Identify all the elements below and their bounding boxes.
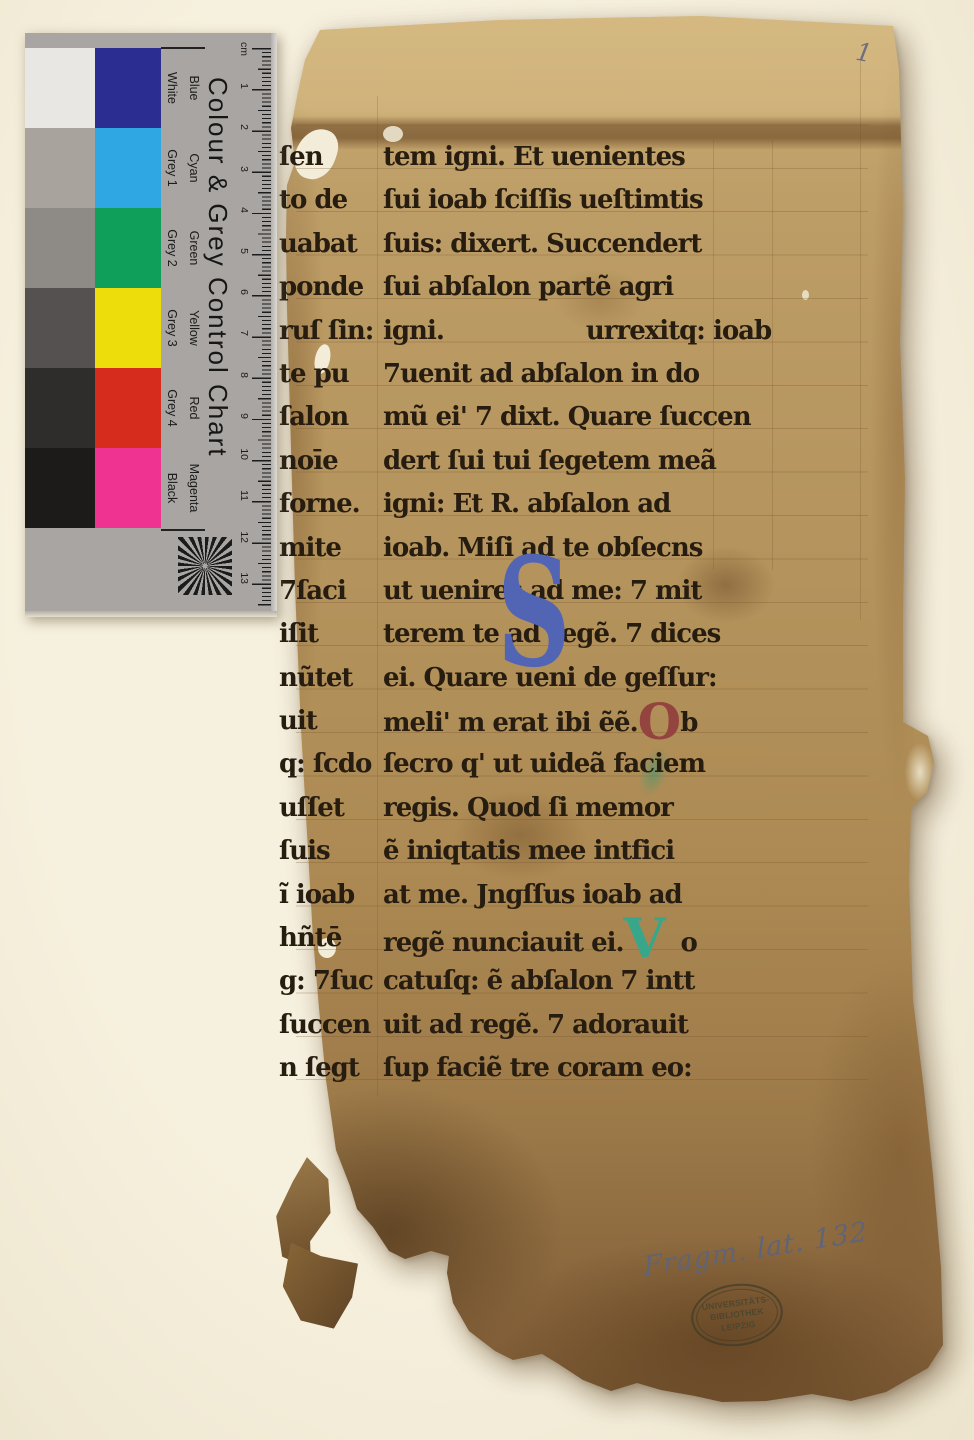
chart-title: Colour & Grey Control Chart bbox=[202, 77, 233, 547]
manuscript-line: regẽ nunciauit ei.Vo bbox=[383, 917, 723, 960]
manuscript-line: ſuis: dixert. Succendert bbox=[383, 223, 723, 266]
patch-label: Grey 3 bbox=[165, 288, 179, 368]
manuscript-line: uit bbox=[279, 700, 389, 743]
ruler-number: 9 bbox=[238, 403, 250, 419]
colour-control-chart: cm 1 2 3 4 5 6 7 8 9 10 11 12 13 Colour … bbox=[25, 33, 277, 617]
manuscript-line: meli' m erat ibi ẽẽ.Ob bbox=[383, 700, 723, 743]
patch-label: Yellow bbox=[187, 288, 201, 368]
manuscript-line: ruſ ſin: bbox=[279, 310, 389, 353]
manuscript-line: iſit bbox=[279, 613, 389, 656]
manuscript-line: uit ad regẽ. 7 adorauit bbox=[383, 1004, 723, 1047]
colour-patch-row bbox=[95, 48, 161, 528]
grey-patch-row bbox=[25, 48, 95, 528]
ruler-number: 6 bbox=[238, 279, 250, 295]
parchment-spot bbox=[802, 290, 809, 300]
stamp-line: UNIVERSITÄTS- bbox=[701, 1294, 770, 1313]
ruler-number: 3 bbox=[238, 156, 250, 172]
manuscript-line: catuſq: ẽ abſalon 7 intt bbox=[383, 960, 723, 1003]
patch-grey-2 bbox=[25, 208, 95, 288]
column-guide-line bbox=[860, 60, 861, 620]
manuscript-line: 7ſaci bbox=[279, 570, 389, 613]
patch-label: Green bbox=[187, 208, 201, 288]
red-initial-O: O bbox=[638, 692, 681, 751]
manuscript-line: to de bbox=[279, 179, 389, 222]
manuscript-line: ĩ ioab bbox=[279, 874, 389, 917]
patch-grey-1 bbox=[25, 128, 95, 208]
ruler-number: 13 bbox=[238, 568, 250, 584]
patch-label: Grey 2 bbox=[165, 208, 179, 288]
patch-label: White bbox=[165, 48, 179, 128]
patch-red bbox=[95, 368, 161, 448]
ruler-number: 11 bbox=[238, 485, 250, 501]
stamp-line: BIBLIOTHEK bbox=[710, 1306, 765, 1324]
blue-initial-S: S bbox=[497, 538, 571, 688]
manuscript-line: 7uenit ad abſalon in do bbox=[383, 353, 723, 396]
chart-card-edge bbox=[25, 611, 277, 617]
patch-label: Grey 4 bbox=[165, 368, 179, 448]
starburst-focus-target bbox=[178, 537, 232, 595]
manuscript-line: ſalon bbox=[279, 396, 389, 439]
ruler-unit-label: cm bbox=[238, 42, 250, 56]
ruler-ticks bbox=[251, 48, 271, 608]
patch-white bbox=[25, 48, 95, 128]
manuscript-line: ſui abſalon partẽ agri bbox=[383, 266, 723, 309]
manuscript-line: at me. Jngſſus ioab ad bbox=[383, 874, 723, 917]
manuscript-line: dert ſui tui ſegetem meã bbox=[383, 440, 723, 483]
manuscript-line: igni.urrexitq: ioab bbox=[383, 310, 723, 353]
patch-label: Grey 1 bbox=[165, 128, 179, 208]
ruler-number: 12 bbox=[238, 527, 250, 543]
ruler-number: 10 bbox=[238, 444, 250, 460]
ruler-mm-ticks bbox=[262, 48, 271, 608]
patch-label: Cyan bbox=[187, 128, 201, 208]
ruler-number: 1 bbox=[238, 73, 250, 89]
manuscript-line: forne. bbox=[279, 483, 389, 526]
patch-black bbox=[25, 448, 95, 528]
photo-stage: ſen to de uabat ponde ruſ ſin: te pu ſal… bbox=[0, 0, 974, 1440]
manuscript-line: ſuccen bbox=[279, 1004, 389, 1047]
patch-grey-4 bbox=[25, 368, 95, 448]
manuscript-line: nũtet bbox=[279, 657, 389, 700]
patch-green bbox=[95, 208, 161, 288]
manuscript-line: n ſegt bbox=[279, 1047, 389, 1090]
stamp-line: LEIPZIG bbox=[721, 1318, 757, 1333]
manuscript-line: q: ſcdo bbox=[279, 743, 389, 786]
chart-card: cm 1 2 3 4 5 6 7 8 9 10 11 12 13 Colour … bbox=[25, 33, 277, 617]
patch-grey-3 bbox=[25, 288, 95, 368]
chart-card-edge bbox=[271, 33, 277, 617]
manuscript-line: noīe bbox=[279, 440, 389, 483]
ruler-number: 2 bbox=[238, 114, 250, 130]
manuscript-line: uabat bbox=[279, 223, 389, 266]
column-guide-line bbox=[772, 140, 773, 570]
manuscript-line: uſſet bbox=[279, 787, 389, 830]
manuscript-line: te pu bbox=[279, 353, 389, 396]
manuscript-line: ſen bbox=[279, 136, 389, 179]
patch-label: Black bbox=[165, 448, 179, 528]
manuscript-line: g: 7ſuc bbox=[279, 960, 389, 1003]
manuscript-line: ſui ioab ſciſſis ueſtimtis bbox=[383, 179, 723, 222]
patch-label: Blue bbox=[187, 48, 201, 128]
colour-label-row: Blue Cyan Green Yellow Red Magenta bbox=[187, 48, 201, 528]
patch-label: Magenta bbox=[187, 448, 201, 528]
manuscript-line: hñtē bbox=[279, 917, 389, 960]
manuscript-line: igni: Et R. abſalon ad bbox=[383, 483, 723, 526]
manuscript-line: ſuis bbox=[279, 830, 389, 873]
manuscript-column-left: ſen to de uabat ponde ruſ ſin: te pu ſal… bbox=[279, 136, 389, 1091]
manuscript-line: tem igni. Et uenientes bbox=[383, 136, 723, 179]
ruler-numbers: cm 1 2 3 4 5 6 7 8 9 10 11 12 13 bbox=[236, 48, 250, 608]
label-rule bbox=[161, 529, 205, 531]
patch-label: Red bbox=[187, 368, 201, 448]
patch-magenta bbox=[95, 448, 161, 528]
grey-label-row: White Grey 1 Grey 2 Grey 3 Grey 4 Black bbox=[165, 48, 179, 528]
manuscript-line: mũ ei' 7 dixt. Quare ſuccen bbox=[383, 396, 723, 439]
ruler-number: 7 bbox=[238, 320, 250, 336]
ruler-number: 8 bbox=[238, 362, 250, 378]
manuscript-line: ſecro q' ut uideã faciem bbox=[383, 743, 723, 786]
manuscript-line: mite bbox=[279, 527, 389, 570]
manuscript-line: regis. Quod ſi memor bbox=[383, 787, 723, 830]
ruler-number: 5 bbox=[238, 238, 250, 254]
manuscript-line: ẽ iniqtatis mee intfici bbox=[383, 830, 723, 873]
patch-yellow bbox=[95, 288, 161, 368]
manuscript-line: ſup faciẽ tre coram eo: bbox=[383, 1047, 723, 1090]
patch-blue bbox=[95, 48, 161, 128]
patch-cyan bbox=[95, 128, 161, 208]
manuscript-line: ponde bbox=[279, 266, 389, 309]
ruler-number: 4 bbox=[238, 197, 250, 213]
